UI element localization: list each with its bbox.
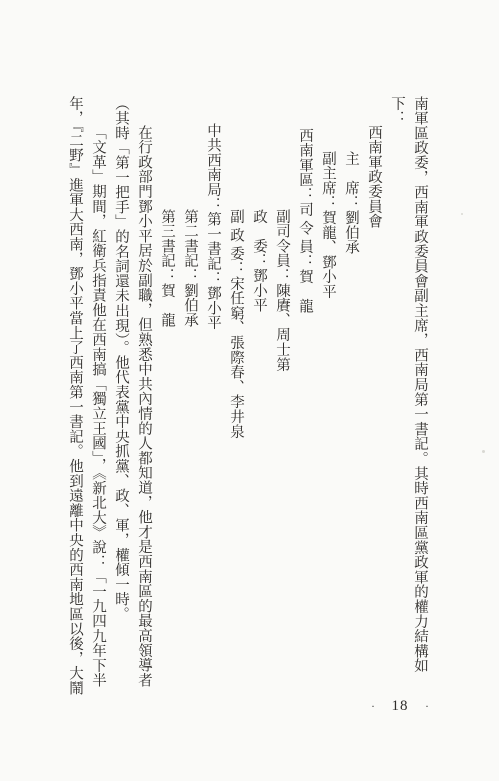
- column-deputy-commander: 副司令員：陳賡、周士第: [270, 96, 293, 724]
- column-org-heading: 西南軍政委員會: [362, 96, 385, 724]
- column-chairman: 主 席：劉伯承: [339, 96, 362, 724]
- column-vice-chairman: 副主席：賀龍、鄧小平: [316, 96, 339, 724]
- vertical-text-block: 南軍區政委，西南軍政委員會副主席，西南局第一書記。其時西南區黨政軍的權力結構如 …: [63, 96, 431, 724]
- column-military-region-commander: 西南軍區：司 令 員：賀 龍: [293, 96, 316, 724]
- page-number: · 18 ·: [371, 697, 429, 715]
- column-paragraph2-col1: 「文革」期間，紅衛兵指責他在西南搞「獨立王國」，《新北大》說：「一九四九年下半: [86, 96, 109, 724]
- column-deputy-political-commissar: 副 政 委：宋任窮、張際春、李井泉: [224, 96, 247, 724]
- page-number-left-dot: ·: [371, 699, 375, 714]
- scan-speck: [482, 450, 485, 453]
- scan-speck: [143, 641, 145, 643]
- column-paragraph1-col2: （其時「第一把手」的名詞還未出現）。他代表黨中央抓黨、政、軍，權傾一時。: [109, 96, 132, 724]
- column-political-commissar: 政 委：鄧小平: [247, 96, 270, 724]
- column-second-secretary: 第二書記：劉伯承: [178, 96, 201, 724]
- column-sw-bureau-first-secretary: 中共西南局：第一書記：鄧小平: [201, 96, 224, 724]
- column-intro-continuation: 南軍區政委，西南軍政委員會副主席，西南局第一書記。其時西南區黨政軍的權力結構如: [408, 96, 431, 724]
- column-intro-2: 下：: [385, 96, 408, 724]
- scan-speck: [461, 213, 463, 215]
- page-number-value: 18: [392, 698, 409, 715]
- page-number-right-dot: ·: [425, 699, 429, 714]
- column-third-secretary: 第三書記：賀 龍: [155, 96, 178, 724]
- column-paragraph1-col1: 在行政部門鄧小平居於副職，但熟悉中共內情的人都知道，他才是西南區的最高領導者: [132, 96, 155, 724]
- column-paragraph2-col2: 年，『二野』進軍大西南，鄧小平當上了西南第一書記。他到遠離中央的西南地區以後，大…: [63, 96, 86, 724]
- scanned-book-page: 南軍區政委，西南軍政委員會副主席，西南局第一書記。其時西南區黨政軍的權力結構如 …: [0, 0, 499, 781]
